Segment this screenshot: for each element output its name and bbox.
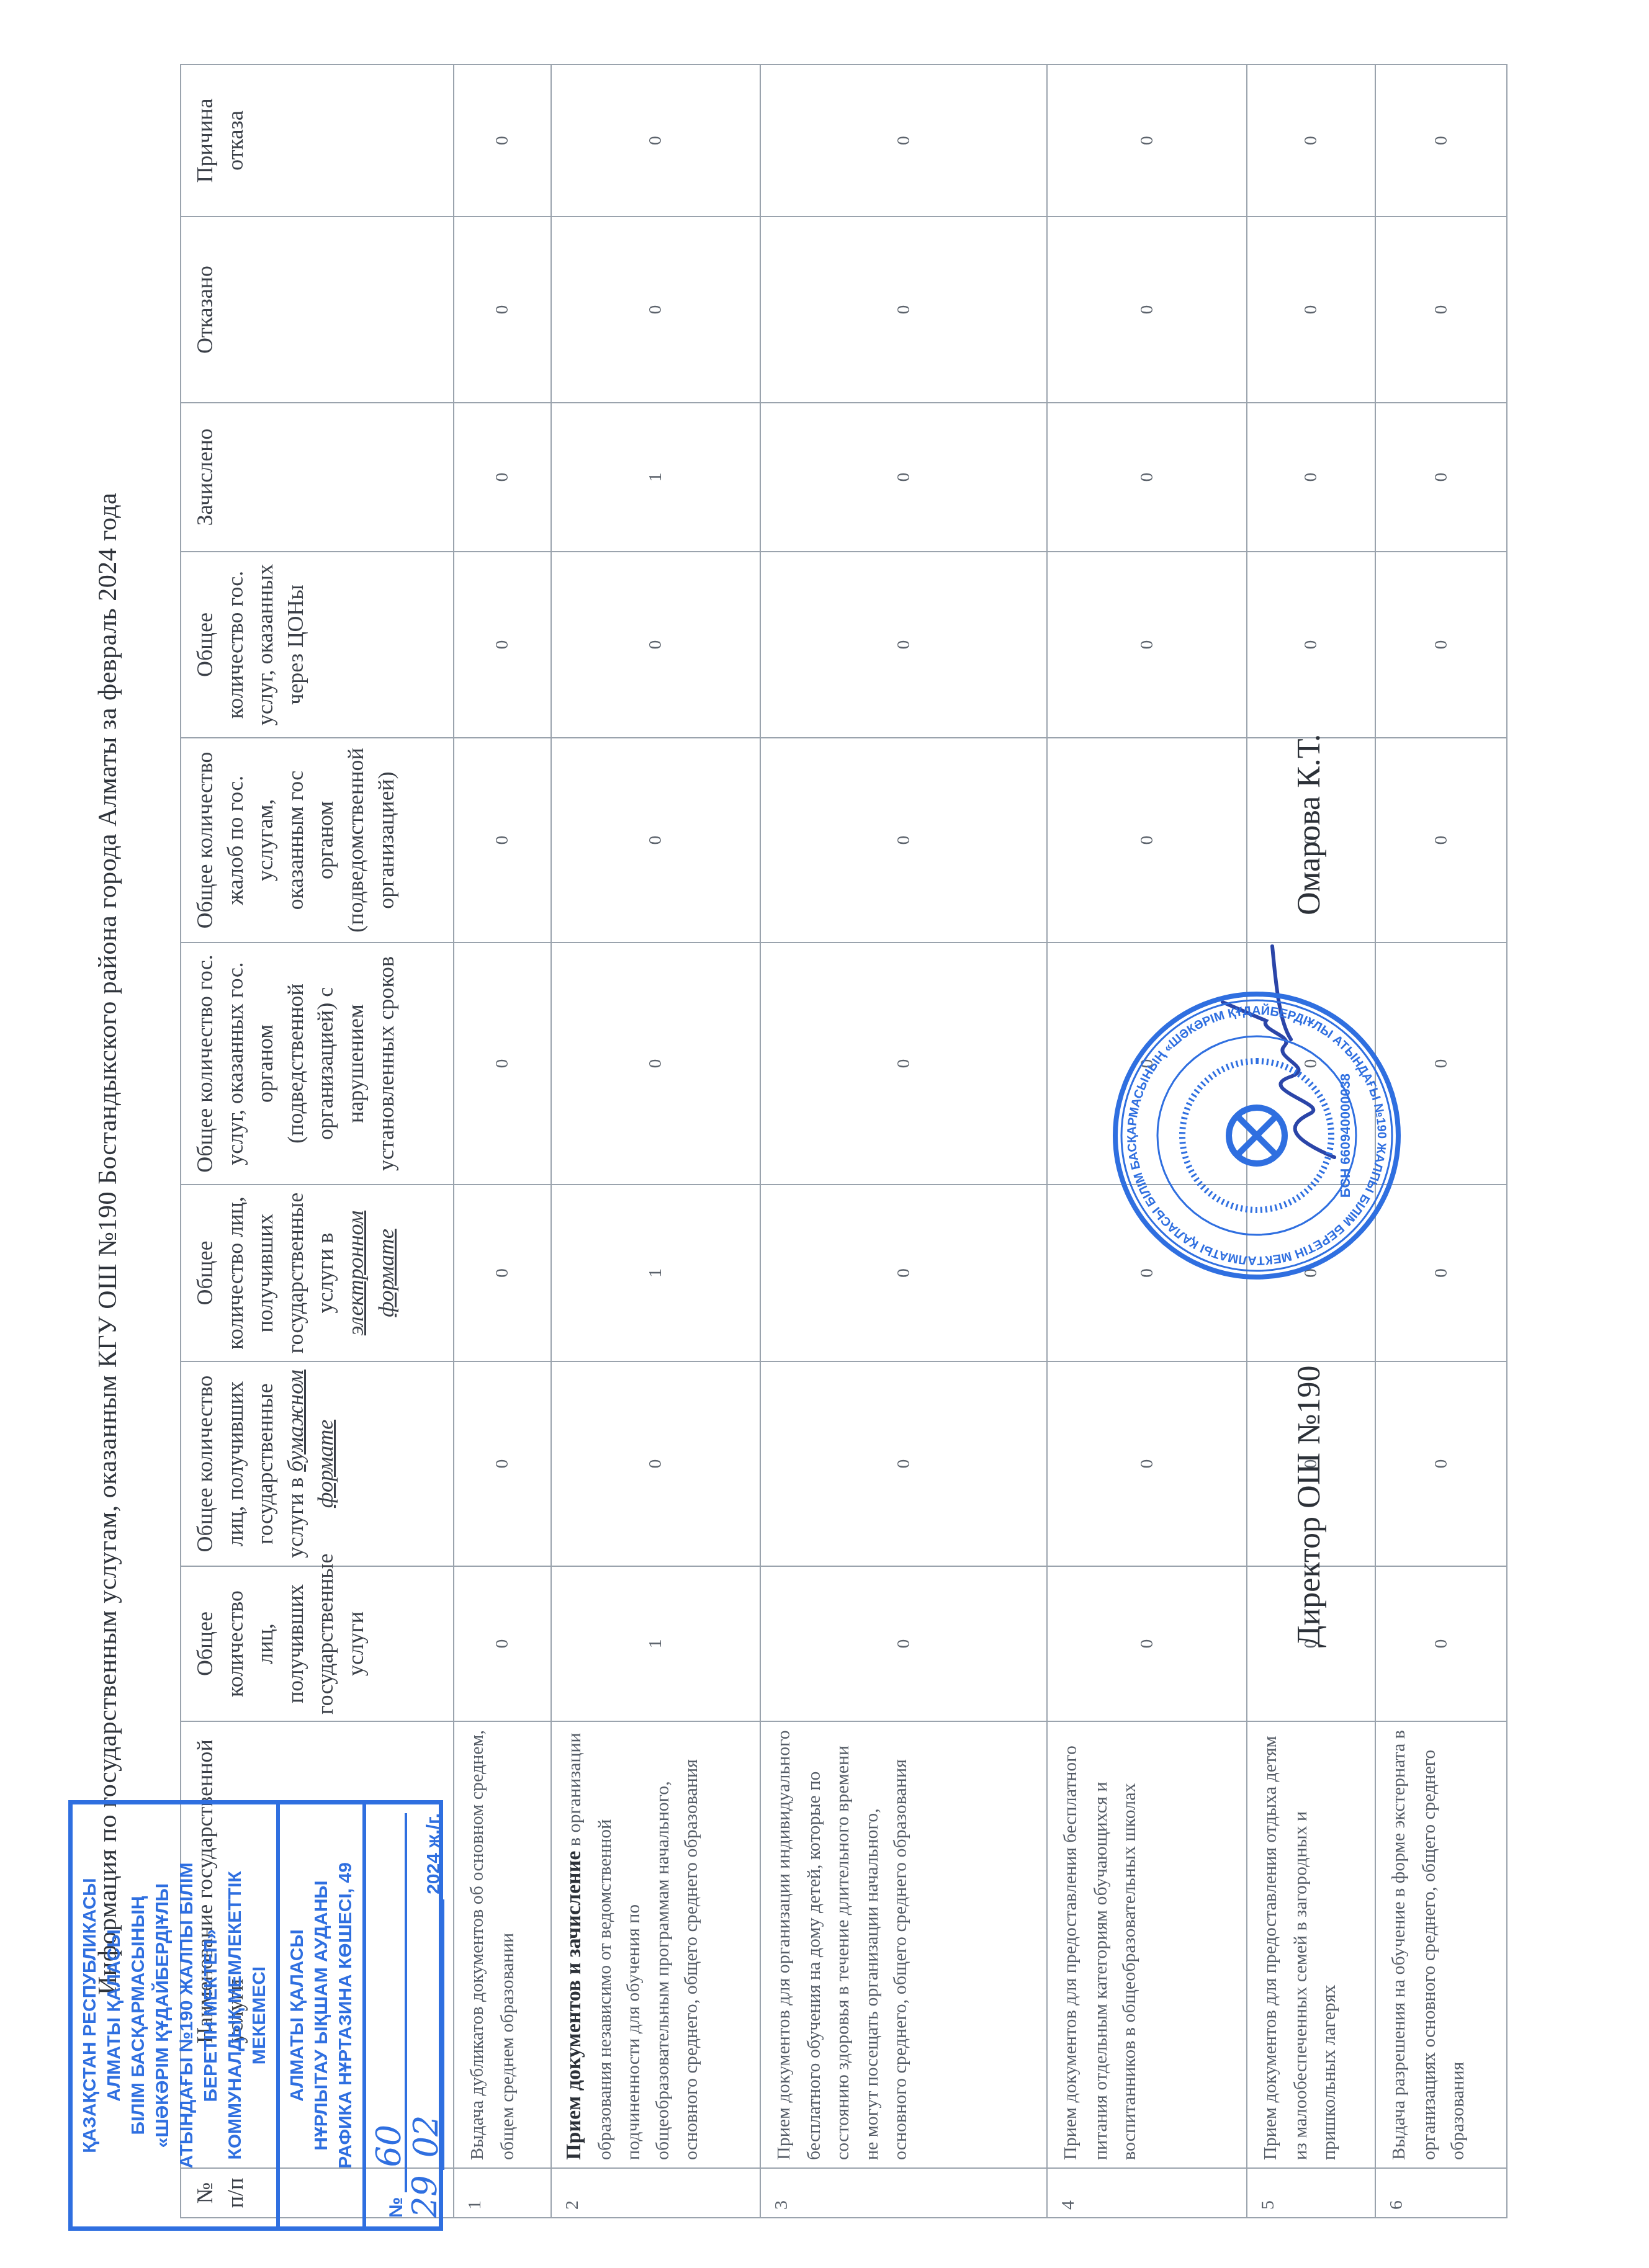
service-name-text: Прием документов для организации индивид… — [773, 1730, 910, 2160]
cell-complaints: 0 — [551, 738, 760, 943]
col-header-electronic: Общее количество лиц, получивших государ… — [181, 1185, 454, 1361]
stamp-org-name: ҚАЗАҚСТАН РЕСПУБЛИКАСЫАЛМАТЫ ҚАЛАСЫБІЛІМ… — [73, 1804, 276, 2226]
cell-con: 0 — [1247, 552, 1375, 738]
cell-con: 0 — [760, 552, 1047, 738]
cell-total: 0 — [454, 1566, 551, 1721]
cell-refused: 0 — [1247, 217, 1375, 403]
service-name-emphasis: Прием документов и зачисление — [562, 1851, 585, 2160]
cell-refused: 0 — [1047, 217, 1247, 403]
service-name: Выдача разрешения на обучение в форме эк… — [1375, 1721, 1507, 2168]
stamp-date-suffix: 2024 ж./г. — [423, 1813, 444, 1894]
signatory-position: Директор ОШ №190 — [1291, 1365, 1328, 1647]
col-header-violations: Общее количество гос. услуг, оказанных г… — [181, 943, 454, 1185]
cell-con: 0 — [1375, 552, 1507, 738]
cell-refused: 0 — [1375, 217, 1507, 403]
stamp-number-label: № — [386, 2197, 407, 2218]
cell-complaints: 0 — [1375, 738, 1507, 943]
stamp-line: ҚАЗАҚСТАН РЕСПУБЛИКАСЫ — [78, 1811, 102, 2220]
service-name: Прием документов для предоставления отды… — [1247, 1721, 1375, 2168]
service-name: Прием документов для организации индивид… — [760, 1721, 1047, 2168]
cell-violations: 0 — [551, 943, 760, 1185]
cell-reason: 0 — [1047, 65, 1247, 217]
stamp-line: МЕКЕМЕСІ — [247, 1811, 271, 2220]
row-number: 6 — [1375, 2168, 1507, 2218]
cell-refused: 0 — [760, 217, 1047, 403]
stamp-address-line: НҰРЛЫТАУ ЫҚШАМ АУДАНЫ — [309, 1811, 333, 2220]
cell-refused: 0 — [551, 217, 760, 403]
cell-con: 0 — [551, 552, 760, 738]
stamp-address: АЛМАТЫ ҚАЛАСЫНҰРЛЫТАУ ЫҚШАМ АУДАНЫРАФИКА… — [276, 1804, 366, 2226]
col-header-con: Общее количество гос. услуг, оказанных ч… — [181, 552, 454, 738]
cell-electronic: 1 — [551, 1185, 760, 1361]
stamp-line: АЛМАТЫ ҚАЛАСЫ — [102, 1811, 126, 2220]
stamp-address-line: АЛМАТЫ ҚАЛАСЫ — [285, 1811, 309, 2220]
official-round-seal-icon: АЛМАТЫ ҚАЛАСЫ БІЛІМ БАСҚАРМАСЫНЫҢ «ШӘКӘР… — [1111, 990, 1403, 1281]
electronic-format-emphasis: электронном формате — [343, 1211, 398, 1335]
table-row: 2Прием документов и зачисление в организ… — [551, 65, 760, 2218]
cell-enrolled: 0 — [1375, 403, 1507, 552]
cell-paper: 0 — [760, 1361, 1047, 1566]
cell-reason: 0 — [454, 65, 551, 217]
col-header-reason: Причина отказа — [181, 65, 454, 217]
document-title: Информация по государственным услугам, о… — [93, 71, 123, 1995]
service-name-text: Прием документов для предоставления отды… — [1260, 1736, 1339, 2160]
cell-reason: 0 — [760, 65, 1047, 217]
cell-paper: 0 — [1375, 1361, 1507, 1566]
table-row: 3Прием документов для организации индиви… — [760, 65, 1047, 2218]
service-name: Прием документов для предоставления бесп… — [1047, 1721, 1247, 2168]
service-name-text: Выдача разрешения на обучение в форме эк… — [1388, 1730, 1468, 2160]
cell-complaints: 0 — [1047, 738, 1247, 943]
stamp-number-value: 60 — [369, 2125, 408, 2167]
service-name-text: Выдача дубликатов документов об основном… — [467, 1730, 518, 2160]
cell-reason: 0 — [1375, 65, 1507, 217]
cell-con: 0 — [454, 552, 551, 738]
row-number: 1 — [454, 2168, 551, 2218]
cell-violations: 0 — [454, 943, 551, 1185]
row-number: 3 — [760, 2168, 1047, 2218]
row-number: 2 — [551, 2168, 760, 2218]
cell-paper: 0 — [454, 1361, 551, 1566]
stamp-date-day: 29 — [405, 2175, 444, 2218]
stamp-date-month: 02 — [407, 2115, 446, 2158]
cell-enrolled: 0 — [760, 403, 1047, 552]
stamp-line: КОММУНАЛДЫҚ МЕМЛЕКЕТТІК — [223, 1811, 247, 2220]
cell-enrolled: 1 — [551, 403, 760, 552]
row-number: 5 — [1247, 2168, 1375, 2218]
cell-total: 0 — [760, 1566, 1047, 1721]
cell-electronic: 0 — [454, 1185, 551, 1361]
service-name-text: Прием документов для предоставления бесп… — [1060, 1746, 1139, 2160]
service-name: Выдача дубликатов документов об основном… — [454, 1721, 551, 2168]
cell-enrolled: 0 — [1247, 403, 1375, 552]
cell-total: 0 — [1375, 1566, 1507, 1721]
col-header-complaints: Общее количество жалоб по гос. услугам, … — [181, 738, 454, 943]
cell-total: 0 — [1047, 1566, 1247, 1721]
registration-stamp: ҚАЗАҚСТАН РЕСПУБЛИКАСЫАЛМАТЫ ҚАЛАСЫБІЛІМ… — [68, 1800, 443, 2231]
cell-paper: 0 — [1047, 1361, 1247, 1566]
document-page: Информация по государственным услугам, о… — [0, 0, 1649, 2268]
cell-con: 0 — [1047, 552, 1247, 738]
col-header-refused: Отказано — [181, 217, 454, 403]
service-name: Прием документов и зачисление в организа… — [551, 1721, 760, 2168]
stamp-line: АТЫНДАҒЫ №190 ЖАЛПЫ БІЛІМ — [174, 1811, 199, 2220]
col-header-paper: Общее количество лиц, получивших государ… — [181, 1361, 454, 1566]
stamp-line: БІЛІМ БАСҚАРМАСЫНЫҢ — [126, 1811, 150, 2220]
cell-total: 1 — [551, 1566, 760, 1721]
col-header-enrolled: Зачислено — [181, 403, 454, 552]
stamp-line: БЕРЕТІН МЕКТЕП» — [199, 1811, 223, 2220]
cell-reason: 0 — [551, 65, 760, 217]
cell-enrolled: 0 — [1047, 403, 1247, 552]
table-row: 1Выдача дубликатов документов об основно… — [454, 65, 551, 2218]
cell-violations: 0 — [760, 943, 1047, 1185]
svg-text:БСН 660940000038: БСН 660940000038 — [1337, 1073, 1353, 1198]
cell-complaints: 0 — [760, 738, 1047, 943]
signatory-name: Омарова К.Т. — [1291, 734, 1328, 915]
cell-paper: 0 — [551, 1361, 760, 1566]
col-header-total: Общее количество лиц, получивших государ… — [181, 1566, 454, 1721]
stamp-line: «ШӘКӘРІМ ҚҰДАЙБЕРДІҰЛЫ — [150, 1811, 174, 2220]
row-number: 4 — [1047, 2168, 1247, 2218]
stamp-address-line: РАФИКА НҰРТАЗИНА КӨШЕСІ, 49 — [333, 1811, 357, 2220]
cell-reason: 0 — [1247, 65, 1375, 217]
stamp-registration: № 60 29 02 2024 ж./г. — [366, 1804, 448, 2226]
cell-complaints: 0 — [454, 738, 551, 943]
cell-enrolled: 0 — [454, 403, 551, 552]
cell-refused: 0 — [454, 217, 551, 403]
cell-electronic: 0 — [760, 1185, 1047, 1361]
